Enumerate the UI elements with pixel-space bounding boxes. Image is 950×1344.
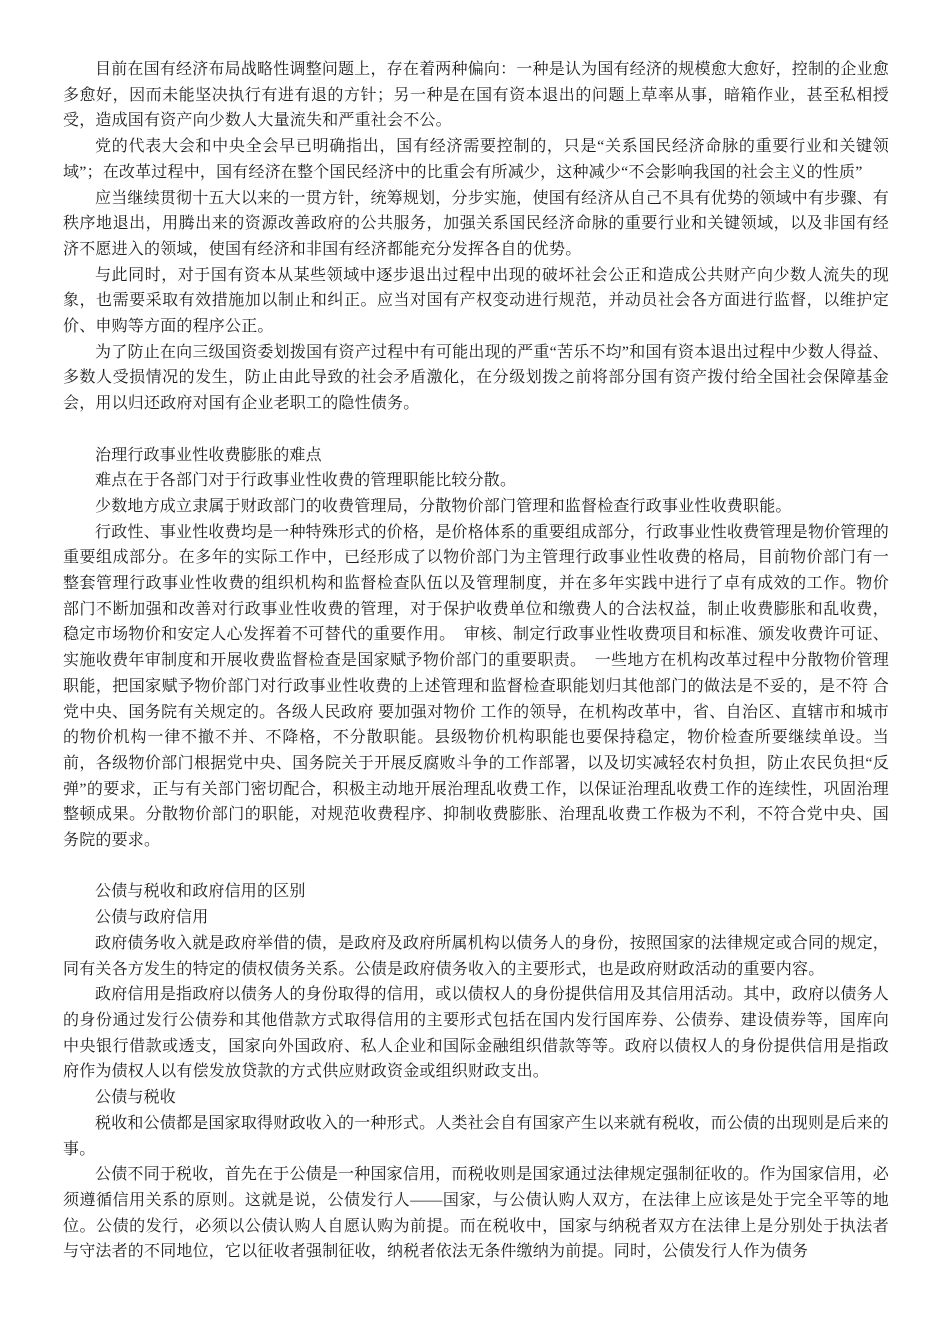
section-heading-public-debt-vs-tax: 公债与税收和政府信用的区别 (63, 879, 889, 905)
paragraph-state-capital-withdrawal-correction: 与此同时，对于国有资本从某些领域中逐步退出过程中出现的破坏社会公正和造成公共财产… (63, 263, 889, 340)
paragraph-party-congress-statement: 党的代表大会和中央全会早已明确指出，国有经济需要控制的，只是“关系国民经济命脉的… (63, 134, 889, 185)
paragraph-tax-and-debt-fiscal-forms: 税收和公债都是国家取得财政收入的一种形式。人类社会自有国家产生以来就有税收，而公… (63, 1111, 889, 1162)
section-heading-admin-fees: 治理行政事业性收费膨胀的难点 (63, 443, 889, 469)
paragraph-difficulty-dispersed-functions: 难点在于各部门对于行政事业性收费的管理职能比较分散。 (63, 468, 889, 494)
subheading-public-debt-and-tax: 公债与税收 (63, 1085, 889, 1111)
paragraph-soe-two-deviations: 目前在国有经济布局战略性调整问题上，存在着两种偏向：一种是认为国有经济的规模愈大… (63, 57, 889, 134)
paragraph-local-fee-bureaus: 少数地方成立隶属于财政部门的收费管理局，分散物价部门管理和监督检查行政事业性收费… (63, 494, 889, 520)
subheading-public-debt-government-credit: 公债与政府信用 (63, 905, 889, 931)
paragraph-debt-differs-from-tax: 公债不同于税收，首先在于公债是一种国家信用，而税收则是国家通过法律规定强制征收的… (63, 1162, 889, 1265)
document-text-block: 目前在国有经济布局战略性调整问题上，存在着两种偏向：一种是认为国有经济的规模愈大… (63, 57, 889, 1265)
paragraph-social-security-fund-transfer: 为了防止在向三级国资委划拨国有资产过程中有可能出现的严重“苦乐不均”和国有资本退… (63, 340, 889, 417)
paragraph-government-credit-definition: 政府信用是指政府以债务人的身份取得的信用，或以债权人的身份提供信用及其信用活动。… (63, 982, 889, 1085)
paragraph-price-department-management: 行政性、事业性收费均是一种特殊形式的价格，是价格体系的重要组成部分，行政事业性收… (63, 520, 889, 854)
paragraph-government-debt-revenue: 政府债务收入就是政府举借的债，是政府及政府所属机构以债务人的身份，按照国家的法律… (63, 931, 889, 982)
paragraph-fifteenth-congress-policy: 应当继续贯彻十五大以来的一贯方针，统筹规划，分步实施，使国有经济从自己不具有优势… (63, 186, 889, 263)
document-page: 目前在国有经济布局战略性调整问题上，存在着两种偏向：一种是认为国有经济的规模愈大… (0, 0, 950, 1344)
